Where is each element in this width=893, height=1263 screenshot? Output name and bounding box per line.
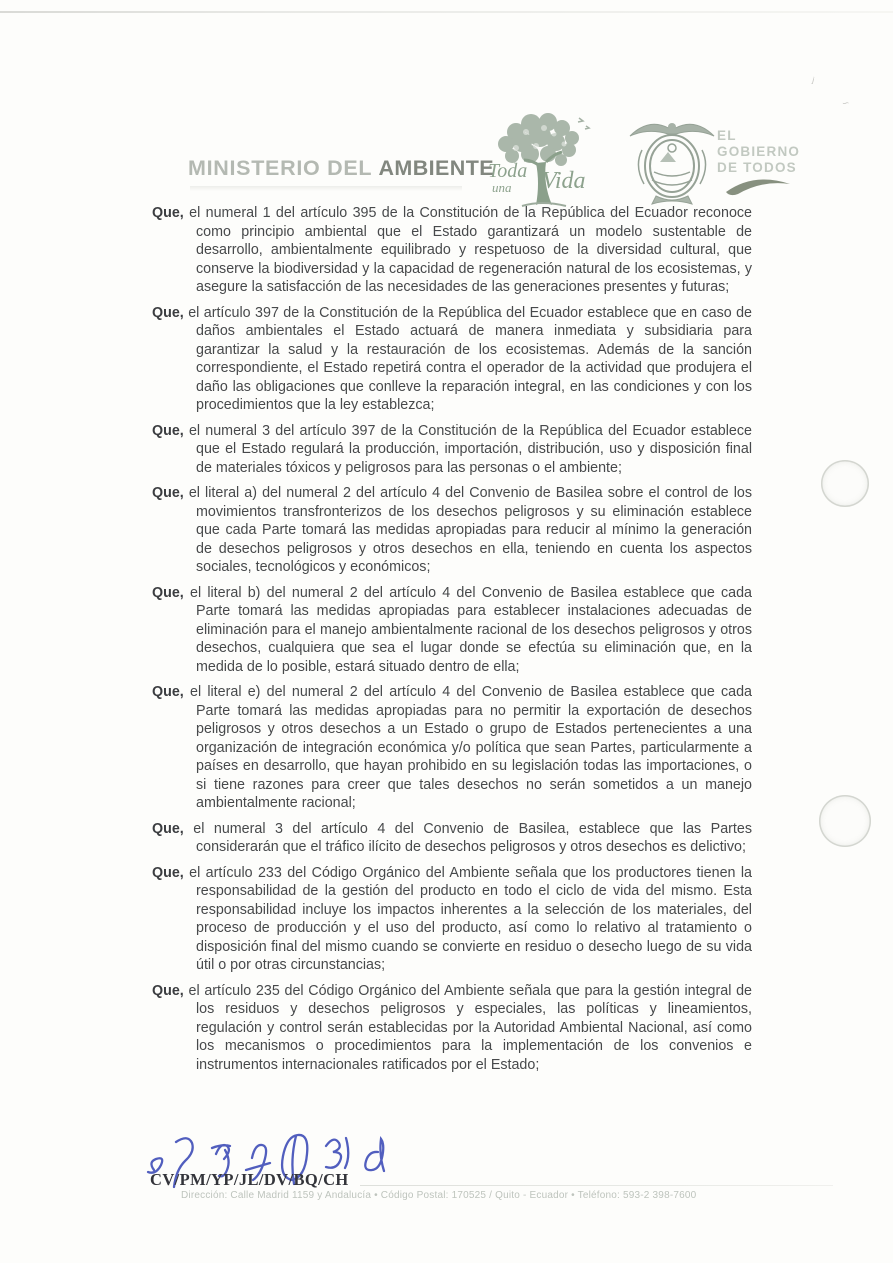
- toda-una-vida-tree-icon: [486, 110, 598, 210]
- clause-text: el artículo 235 del Código Orgánico del …: [189, 983, 753, 1073]
- whereas-clause: Que, el literal a) del numeral 2 del art…: [152, 484, 752, 577]
- clause-label: Que,: [152, 684, 184, 700]
- whereas-clause: Que, el numeral 3 del artículo 397 de la…: [152, 422, 752, 478]
- footer-address: Dirección: Calle Madrid 1159 y Andalucía…: [181, 1190, 781, 1201]
- whereas-clause: Que, el artículo 233 del Código Orgánico…: [152, 864, 752, 975]
- hole-punch-mark: [819, 795, 871, 847]
- scan-smudge-artifact: ʲ: [811, 76, 815, 88]
- ecuador-coat-of-arms-icon: [622, 114, 722, 206]
- wordmark-underline-artifact: [190, 186, 462, 191]
- clause-text: el literal e) del numeral 2 del artículo…: [190, 684, 752, 811]
- whereas-clause: Que, el artículo 235 del Código Orgánico…: [152, 982, 752, 1075]
- clause-text: el numeral 3 del artículo 397 de la Cons…: [189, 423, 752, 476]
- clause-label: Que,: [152, 423, 184, 439]
- footer-divider: [360, 1185, 833, 1186]
- slogan-line: DE TODOS: [717, 160, 800, 176]
- clause-text: el artículo 233 del Código Orgánico del …: [189, 865, 752, 974]
- whereas-clause: Que, el numeral 3 del artículo 4 del Con…: [152, 820, 752, 857]
- whereas-clause: Que, el literal b) del numeral 2 del art…: [152, 584, 752, 677]
- clause-label: Que,: [152, 865, 184, 881]
- clause-text: el numeral 3 del artículo 4 del Convenio…: [193, 821, 752, 856]
- slogan-line: GOBIERNO: [717, 144, 800, 160]
- clause-label: Que,: [152, 205, 184, 221]
- drafting-initials: CV/PM/YP/JL/DV/BQ/CH: [150, 1170, 349, 1190]
- whereas-clause: Que, el literal e) del numeral 2 del art…: [152, 683, 752, 813]
- ministry-wordmark-bold: AMBIENTE: [379, 156, 494, 180]
- clause-label: Que,: [152, 585, 184, 601]
- hole-punch-mark: [821, 460, 869, 507]
- whereas-clause: Que, el numeral 1 del artículo 395 de la…: [152, 204, 752, 297]
- clause-label: Que,: [152, 821, 184, 837]
- clause-label: Que,: [152, 305, 184, 321]
- clause-label: Que,: [152, 485, 184, 501]
- scan-edge-artifact: [0, 11, 893, 13]
- scanned-document-page: { "header": { "ministry_light": "MINISTE…: [0, 0, 893, 1263]
- scan-smudge-artifact: ∽: [841, 98, 850, 110]
- document-body: Que, el numeral 1 del artículo 395 de la…: [152, 204, 752, 1081]
- clause-label: Que,: [152, 983, 184, 999]
- whereas-clause: Que, el artículo 397 de la Constitución …: [152, 304, 752, 415]
- ministry-wordmark-light: MINISTERIO DEL: [188, 156, 372, 180]
- clause-text: el numeral 1 del artículo 395 de la Cons…: [189, 205, 752, 295]
- ministry-wordmark: MINISTERIO DEL AMBIENTE: [188, 156, 494, 181]
- slogan-swoosh-icon: [724, 176, 794, 200]
- clause-text: el literal b) del numeral 2 del artículo…: [190, 585, 752, 675]
- document-page: ʲ ∽ MINISTERIO DEL AMBIENTE Toda una Vid…: [0, 0, 893, 1263]
- slogan-line: EL: [717, 128, 800, 144]
- clause-text: el literal a) del numeral 2 del artículo…: [189, 485, 752, 575]
- clause-text: el artículo 397 de la Constitución de la…: [188, 305, 752, 414]
- gobierno-de-todos-slogan: EL GOBIERNO DE TODOS: [717, 128, 800, 176]
